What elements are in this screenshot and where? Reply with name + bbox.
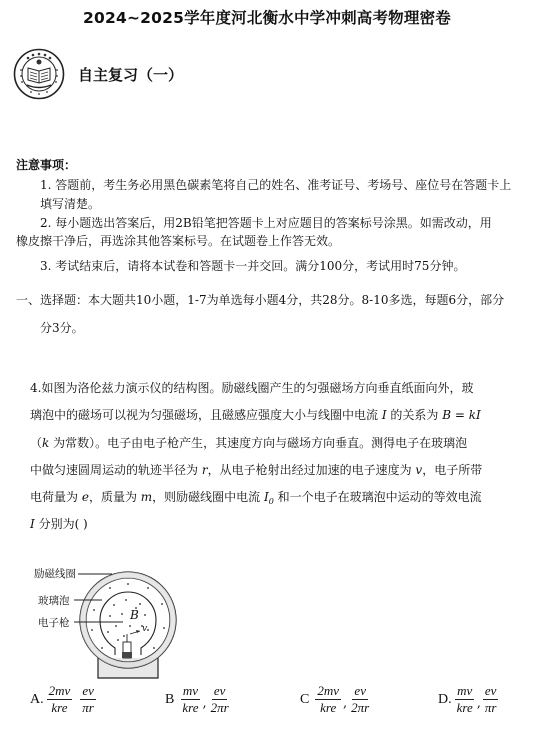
question-line-4: 中做匀速圆周运动的轨迹半径为 r，从电子枪射出经过加速的电子速度为 v，电子所带 bbox=[30, 461, 482, 480]
section-subtitle: 自主复习（一） bbox=[78, 64, 183, 85]
question-number: 4. bbox=[30, 381, 41, 395]
choice-d[interactable]: D. mvkre , evπr bbox=[438, 683, 498, 716]
formula-b-equals-ki: B = kI bbox=[442, 408, 481, 422]
label-glass-bulb: 玻璃泡 bbox=[38, 593, 70, 608]
notice-item-1-line2: 填写清楚。 bbox=[40, 195, 100, 214]
question-line-6: I 分别为( ) bbox=[30, 515, 88, 534]
notice-item-3: 3. 考试结束后，请将本试卷和答题卡一并交回。满分100分，考试用时75分钟。 bbox=[40, 257, 465, 276]
question-line-1: 4.如图为洛伦兹力演示仪的结构图。励磁线圈产生的匀强磁场方向垂直纸面向外，玻 bbox=[30, 379, 473, 398]
choice-b[interactable]: B mvkre , ev2πr bbox=[165, 683, 231, 716]
label-velocity-v: v bbox=[142, 624, 147, 634]
label-excitation-coil: 励磁线圈 bbox=[34, 566, 76, 581]
section-heading-line1: 一、选择题：本大题共10小题，1-7为单选每小题4分，共28分。8-10多选，每… bbox=[16, 291, 504, 310]
question-line-2: 璃泡中的磁场可以视为匀强磁场，且磁感应强度大小与线圈中电流 I 的关系为 B =… bbox=[30, 406, 481, 425]
question-line-5: 电荷量为 e，质量为 m，则励磁线圈中电流 I0 和一个电子在玻璃泡中运动的等效… bbox=[30, 488, 482, 511]
notice-item-1-line1: 1. 答题前，考生务必用黑色碳素笔将自己的姓名、准考证号、考场号、座位号在答题卡… bbox=[40, 176, 511, 195]
page-title: 2024~2025学年度河北衡水中学冲刺高考物理密卷 bbox=[0, 6, 534, 28]
notice-item-2-line2: 橡皮擦干净后，再选涂其他答案标号。在试题卷上作答无效。 bbox=[16, 232, 340, 251]
question-line-3: （k 为常数）。电子由电子枪产生，其速度方向与磁场方向垂直。测得电子在玻璃泡 bbox=[30, 434, 467, 453]
school-seal-icon bbox=[13, 48, 65, 100]
choice-c[interactable]: C 2mvkre , ev2πr bbox=[300, 683, 371, 716]
notice-heading: 注意事项： bbox=[16, 156, 76, 173]
section-heading-line2: 分3分。 bbox=[40, 319, 84, 338]
lorentz-force-apparatus-diagram: 励磁线圈 玻璃泡 电子枪 B v bbox=[30, 560, 200, 685]
choice-a[interactable]: A. 2mvkre evπr bbox=[30, 683, 96, 716]
label-magnetic-field-b: B bbox=[130, 608, 139, 622]
notice-item-2-line1: 2. 每小题选出答案后，用2B铅笔把答题卡上对应题目的答案标号涂黑。如需改动，用 bbox=[40, 214, 492, 233]
label-electron-gun: 电子枪 bbox=[38, 615, 70, 630]
